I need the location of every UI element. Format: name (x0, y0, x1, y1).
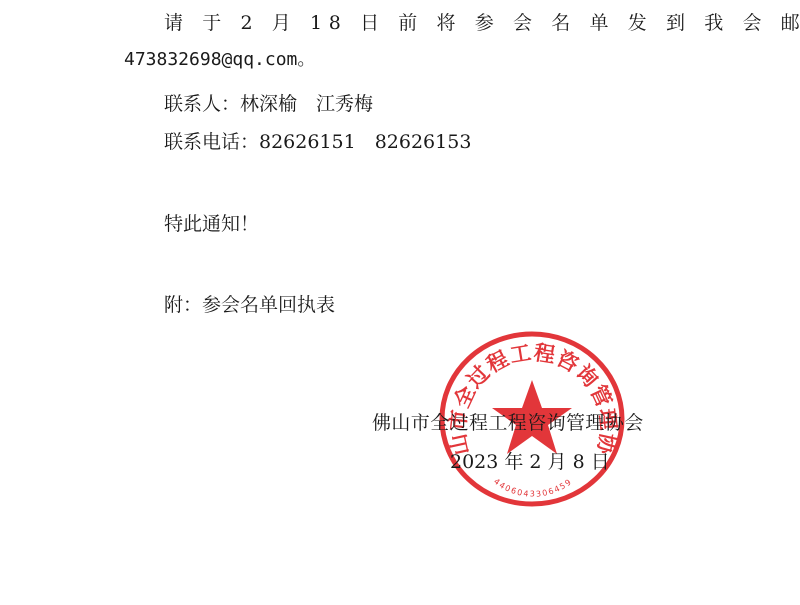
attachment-note: 附：参会名单回执表 (164, 293, 335, 317)
contact-persons: 联系人：林深榆 江秀梅 (164, 92, 373, 116)
contact-phones: 联系电话：82626151 82626153 (164, 130, 471, 154)
svg-text:4406043306459: 4406043306459 (492, 477, 574, 499)
signing-date: 2023 年 2 月 8 日 (450, 450, 610, 474)
deadline-instruction-line: 请 于 2 月 18 日 前 将 参 会 名 单 发 到 我 会 邮 箱： (164, 11, 800, 35)
email-address: 473832698@qq.com。 (124, 48, 315, 72)
signing-organization: 佛山市全过程工程咨询管理协会 (372, 411, 644, 435)
closing-remark: 特此通知！ (164, 212, 259, 236)
